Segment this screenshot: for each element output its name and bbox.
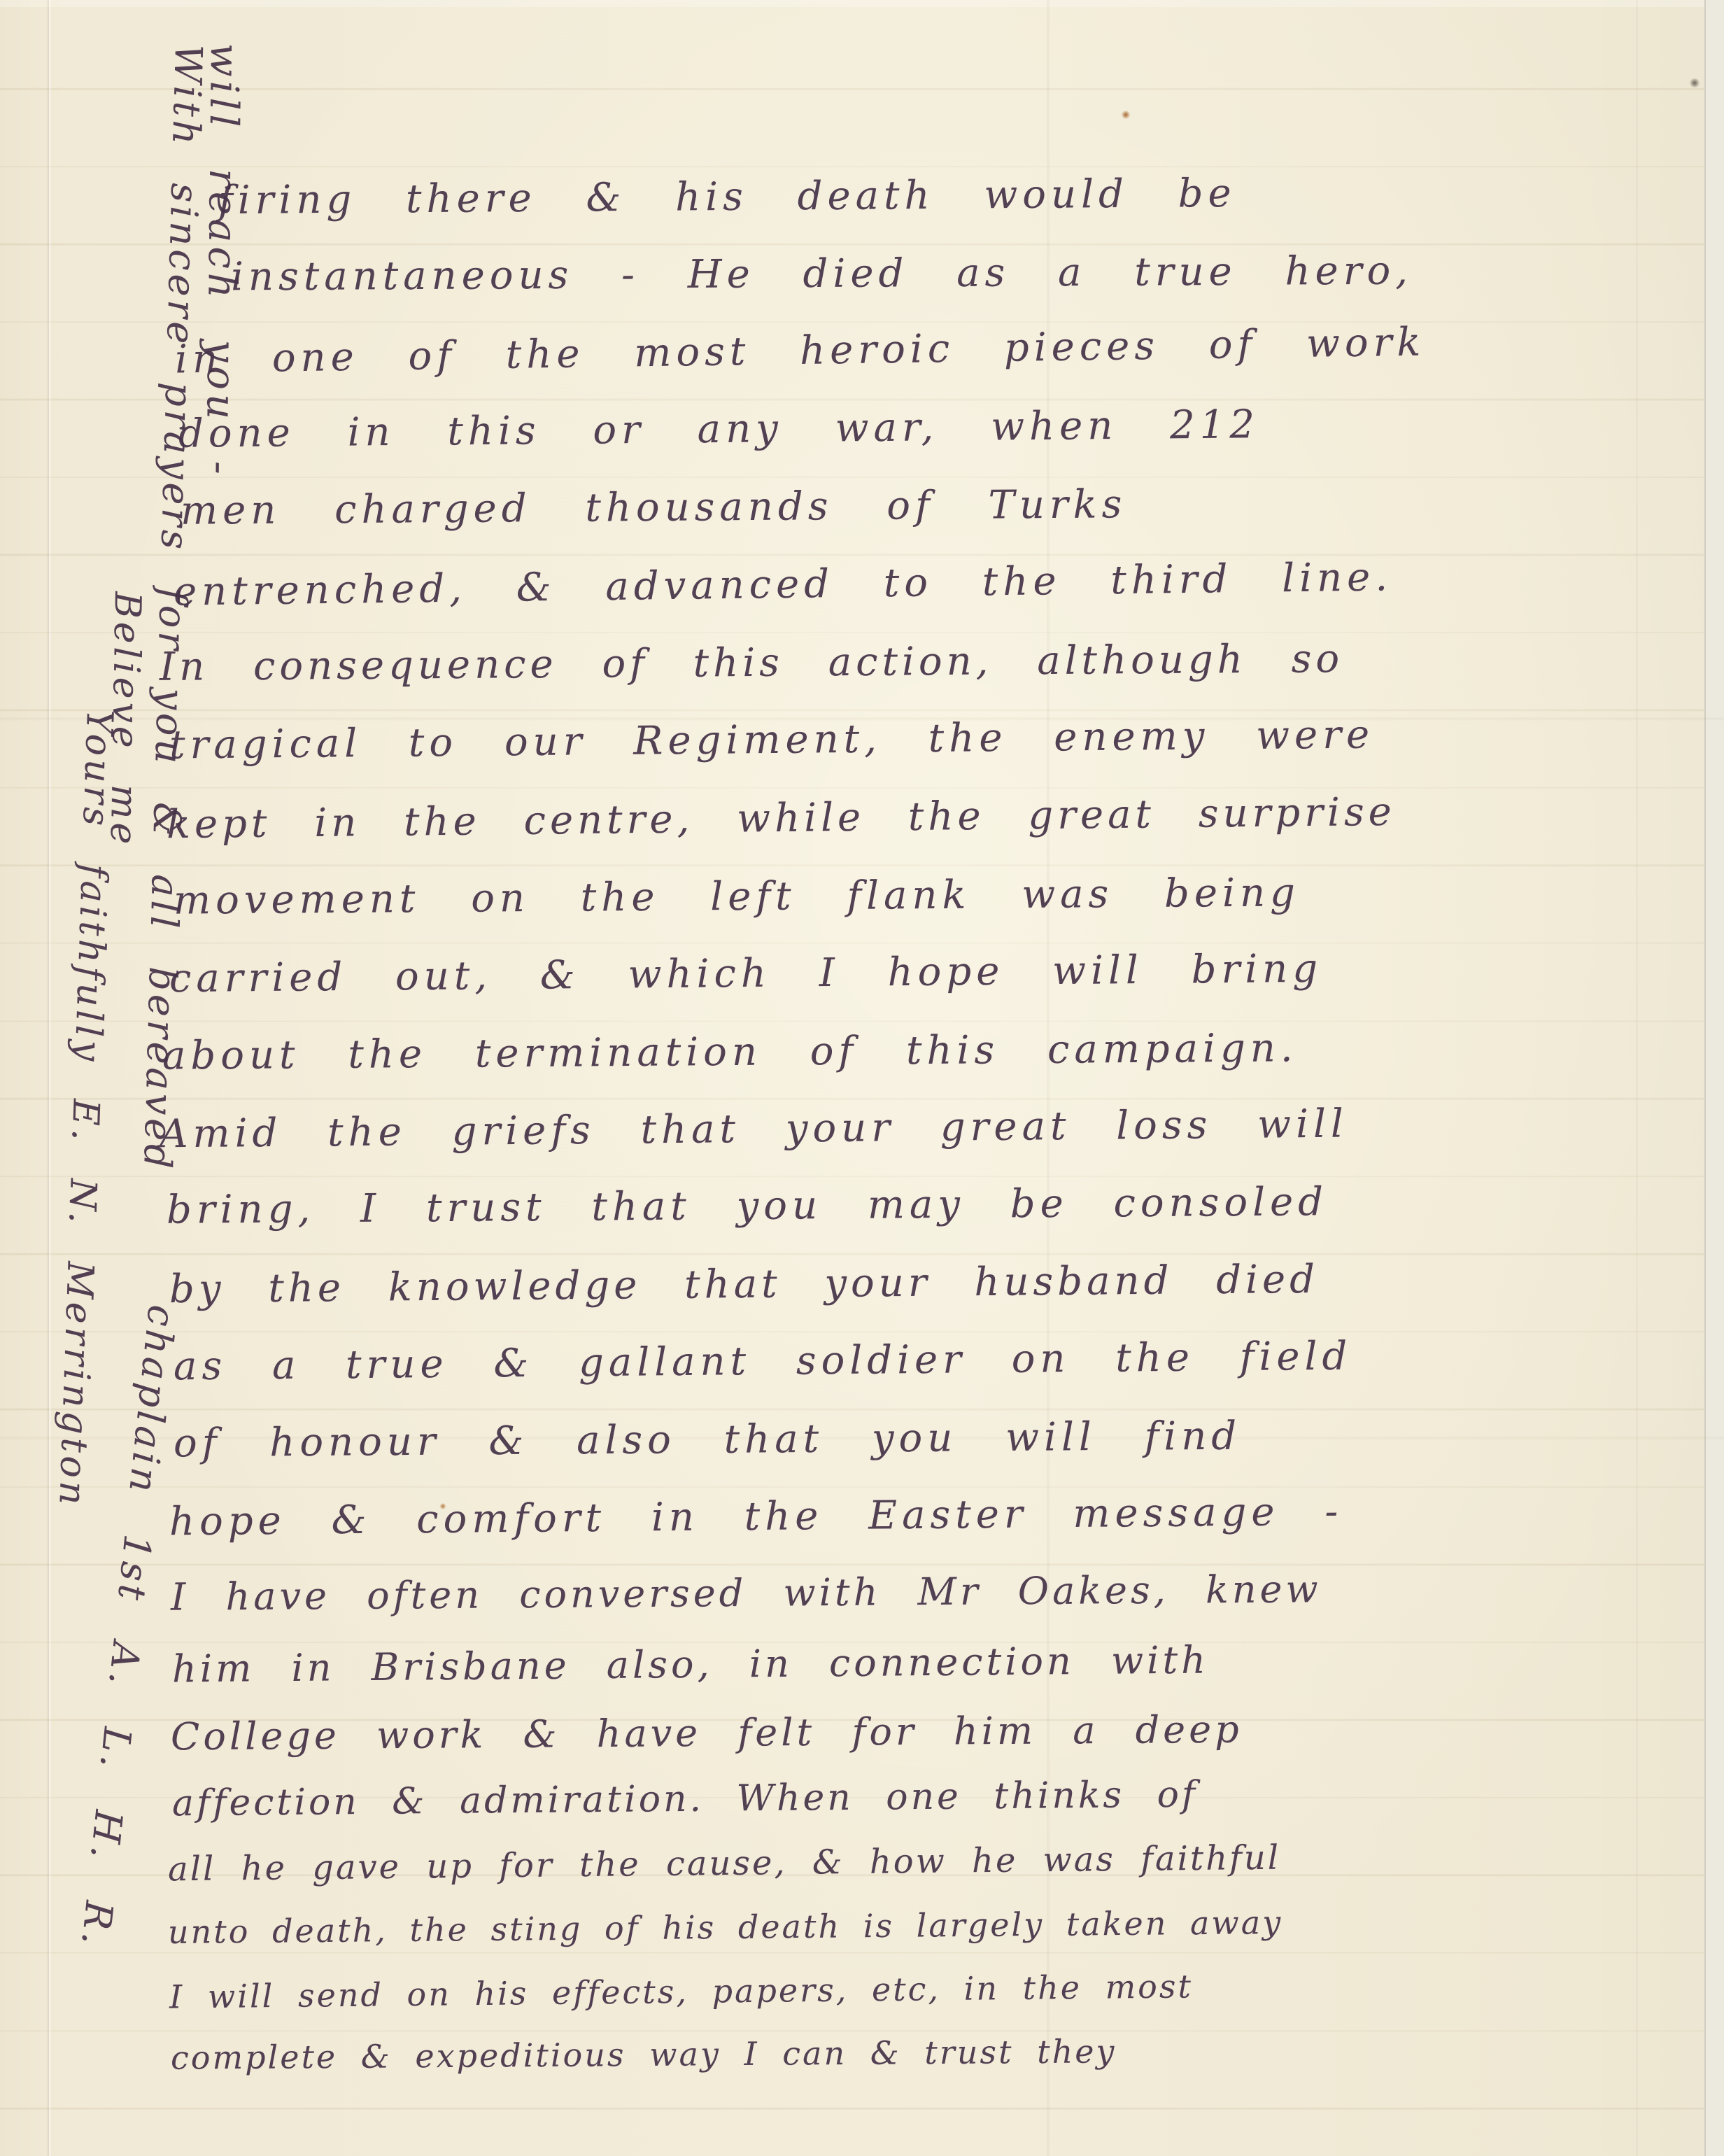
handwritten-line: hope & comfort in the Easter message - (169, 1490, 1343, 1545)
handwritten-line: affection & admiration. When one thinks … (172, 1775, 1199, 1826)
handwritten-line: men charged thousands of Turks (181, 482, 1127, 534)
handwritten-line: by the knowledge that your husband died (169, 1257, 1319, 1313)
paper-top-edge (0, 0, 1724, 7)
handwritten-line: all he gave up for the cause, & how he w… (168, 1839, 1281, 1889)
handwritten-line: done in this or any war, when 212 (178, 402, 1259, 457)
paper-crease (1636, 0, 1638, 2156)
handwritten-line: movement on the left flank was being (174, 871, 1300, 924)
paper-left-edge (49, 0, 51, 2156)
handwritten-line: complete & expeditious way I can & trust… (171, 2033, 1117, 2076)
handwritten-line: College work & have felt for him a deep (171, 1708, 1243, 1759)
handwritten-line: him in Brisbane also, in connection with (172, 1639, 1209, 1691)
handwritten-line: In consequence of this action, although … (160, 637, 1343, 690)
handwritten-line: kept in the centre, while the great surp… (167, 790, 1396, 848)
handwritten-line: of honour & also that you will find (174, 1414, 1242, 1467)
handwritten-line: Amid the griefs that your great loss wil… (160, 1102, 1348, 1157)
handwritten-line: firing there & his death would be (218, 171, 1236, 224)
handwritten-line: bring, I trust that you may be consoled (167, 1180, 1328, 1233)
paper-stain (1121, 111, 1131, 119)
handwritten-line: I have often conversed with Mr Oakes, kn… (171, 1567, 1322, 1619)
handwritten-line: in one of the most heroic pieces of work (175, 320, 1426, 383)
handwritten-line: instantaneous - He died as a true hero, (231, 249, 1413, 300)
handwritten-line: tragical to our Regiment, the enemy were (169, 712, 1375, 768)
handwritten-line: about the termination of this campaign. (162, 1026, 1298, 1079)
letter-page: will reach you - With sincere prayers fo… (0, 0, 1724, 2156)
paper-stain (1689, 78, 1700, 87)
paper-crease (1047, 0, 1050, 2156)
handwritten-line: entrenched, & advanced to the third line… (174, 555, 1393, 615)
handwritten-line: as a true & gallant soldier on the field (174, 1334, 1352, 1390)
margin-note-signature: Yours faithfully E. N. Merrington (53, 709, 118, 1509)
handwritten-line: I will send on his effects, papers, etc,… (169, 1968, 1193, 2015)
handwritten-line: unto death, the sting of his death is la… (168, 1904, 1283, 1951)
paper-right-edge (1704, 0, 1724, 2156)
handwritten-line: carried out, & which I hope will bring (169, 947, 1323, 1002)
